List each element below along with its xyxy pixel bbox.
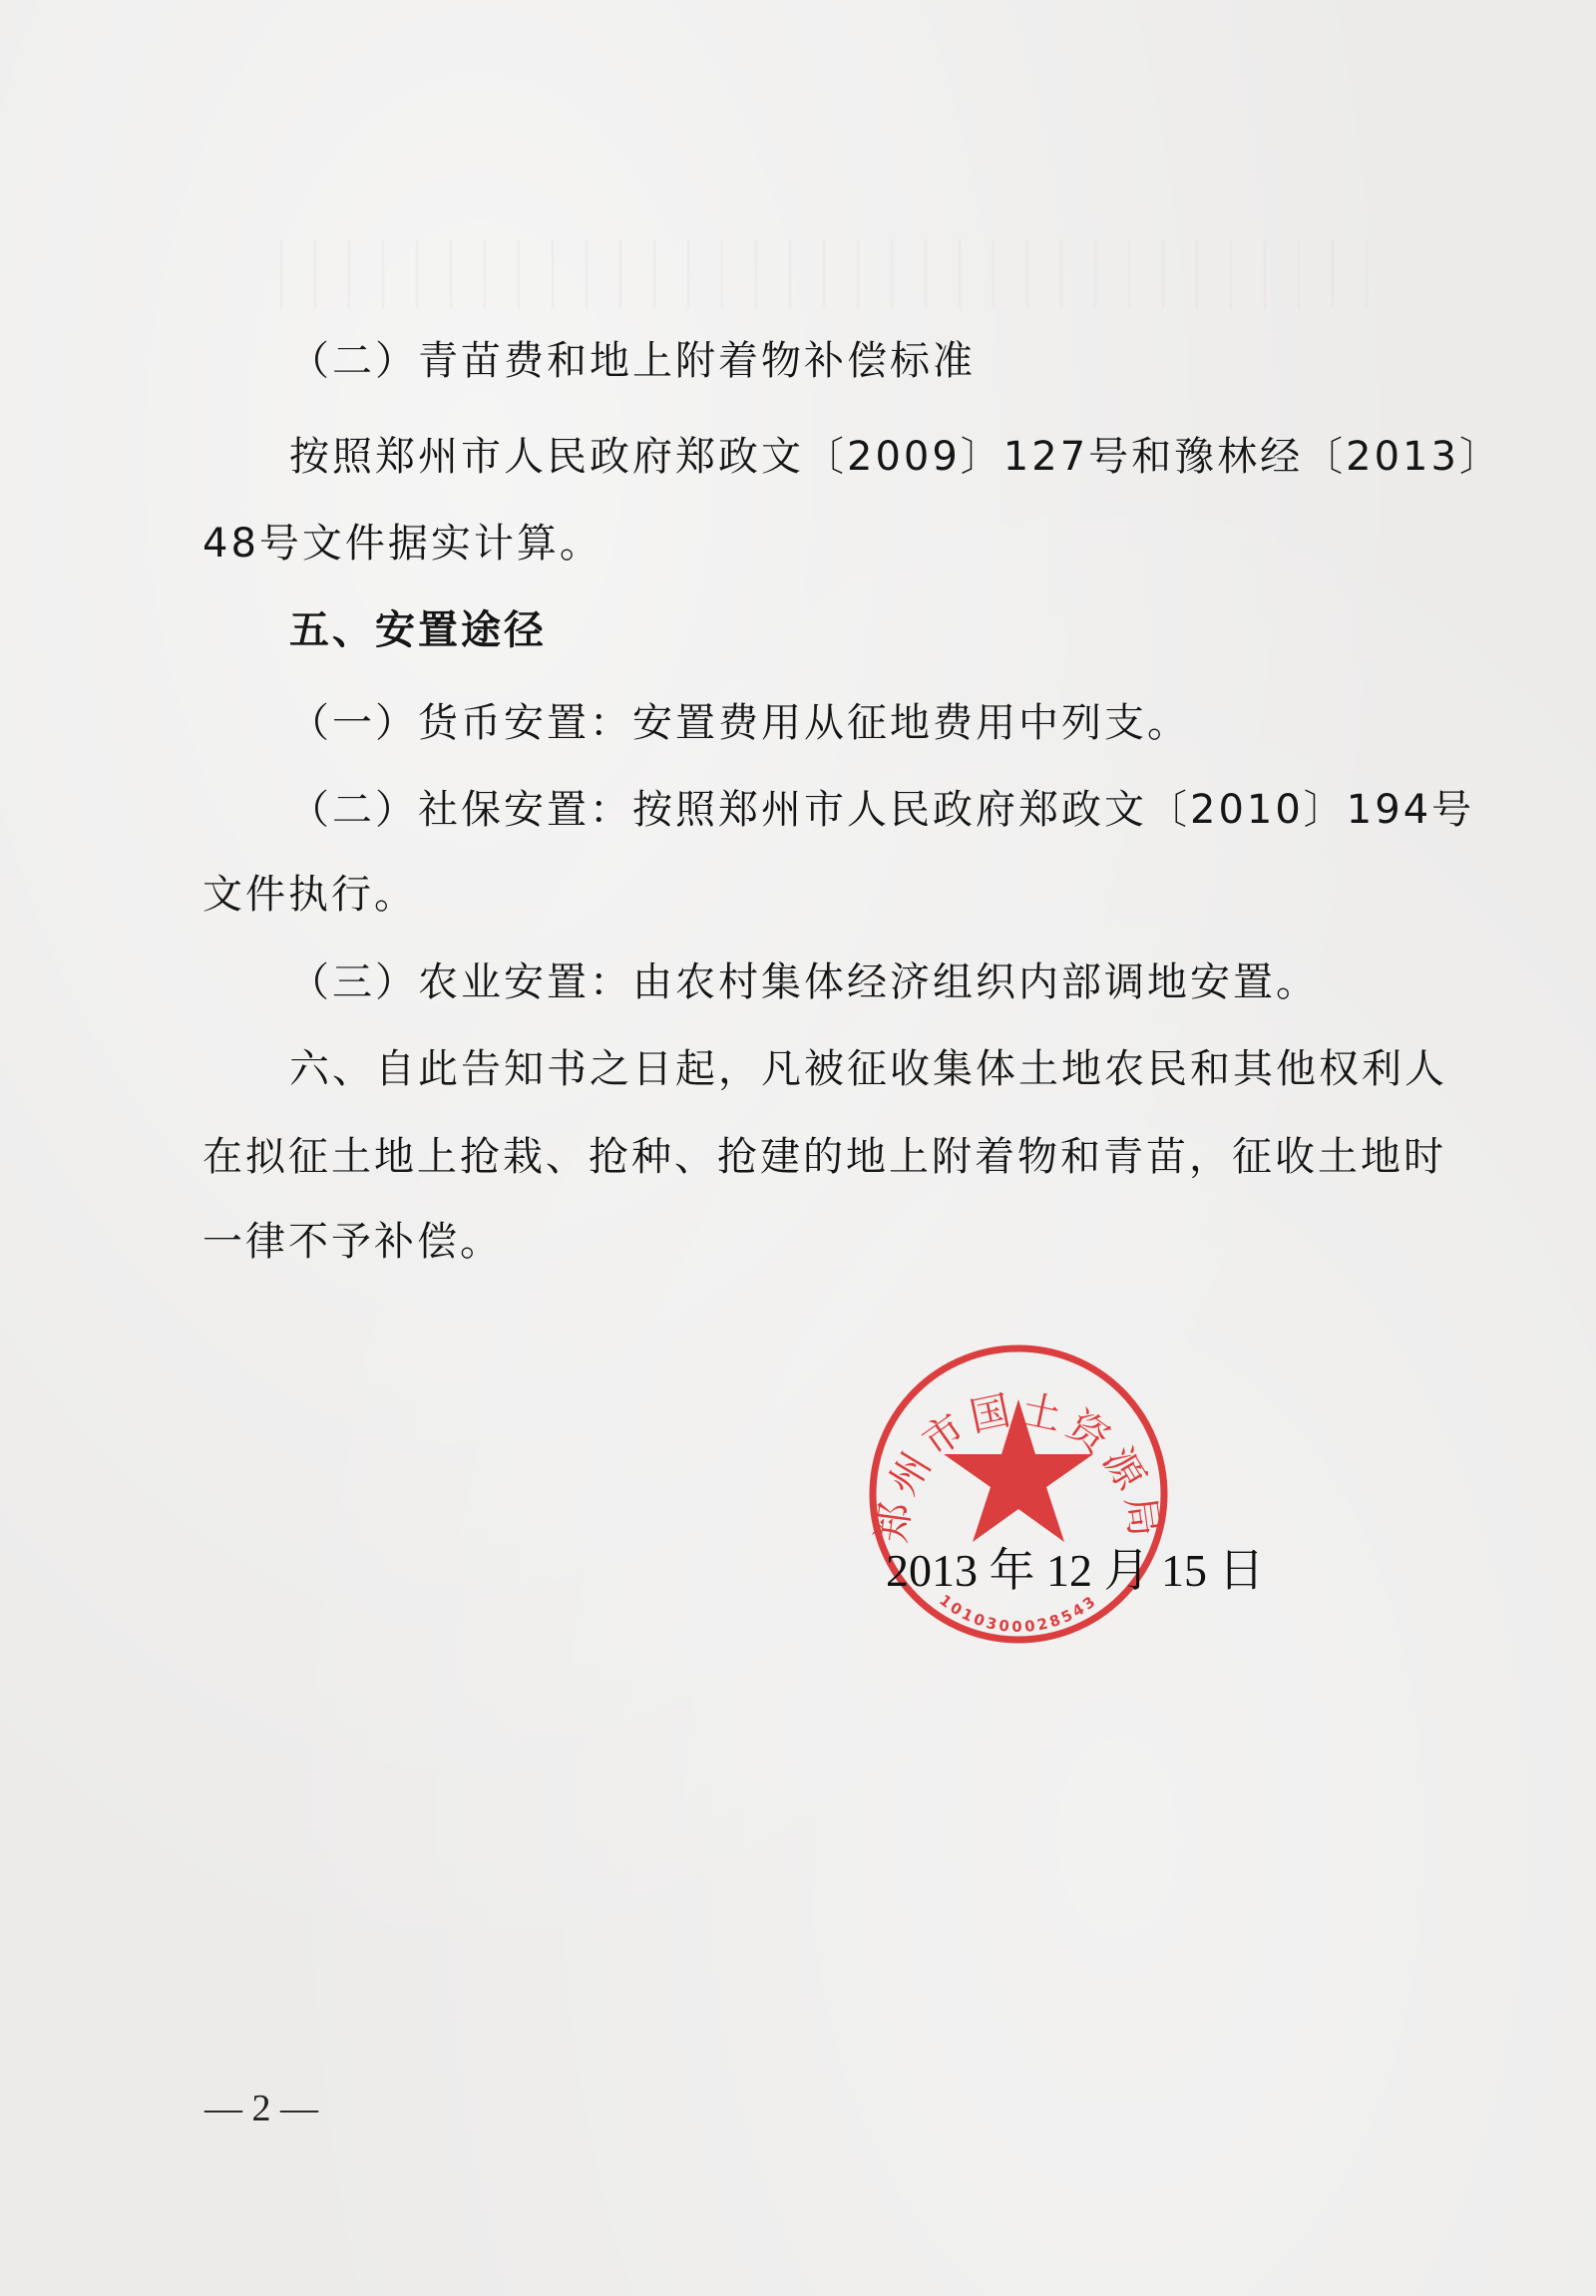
- reverse-side-bleed-through: [249, 239, 1396, 309]
- official-seal-stamp: 郑州市国土资源局 1010300028543: [864, 1339, 1173, 1649]
- paragraph-line: 48号文件据实计算。: [202, 520, 602, 568]
- document-date: 2013 年 12 月 15 日: [886, 1544, 1265, 1598]
- paragraph-line: 在拟征土地上抢栽、抢种、抢建的地上附着物和青苗，征收土地时: [202, 1133, 1424, 1181]
- section-subheading-1: （一）货币安置：安置费用从征地费用中列支。: [289, 699, 1190, 747]
- paragraph-line: 按照郑州市人民政府郑政文〔2009〕127号和豫林经〔2013〕: [289, 433, 1424, 481]
- page-number: — 2 —: [204, 2085, 318, 2132]
- paragraph-line: （二）社保安置：按照郑州市人民政府郑政文〔2010〕194号: [289, 786, 1424, 834]
- section-heading-5: 五、安置途径: [289, 606, 547, 654]
- paragraph-line: 一律不予补偿。: [202, 1218, 503, 1266]
- star-icon: [944, 1399, 1093, 1542]
- section-subheading-2: （二）青苗费和地上附着物补偿标准: [289, 337, 976, 385]
- paragraph-line: 六、自此告知书之日起，凡被征收集体土地农民和其他权利人: [289, 1045, 1424, 1093]
- paragraph-line: 文件执行。: [202, 871, 417, 919]
- section-subheading-3: （三）农业安置：由农村集体经济组织内部调地安置。: [289, 958, 1319, 1006]
